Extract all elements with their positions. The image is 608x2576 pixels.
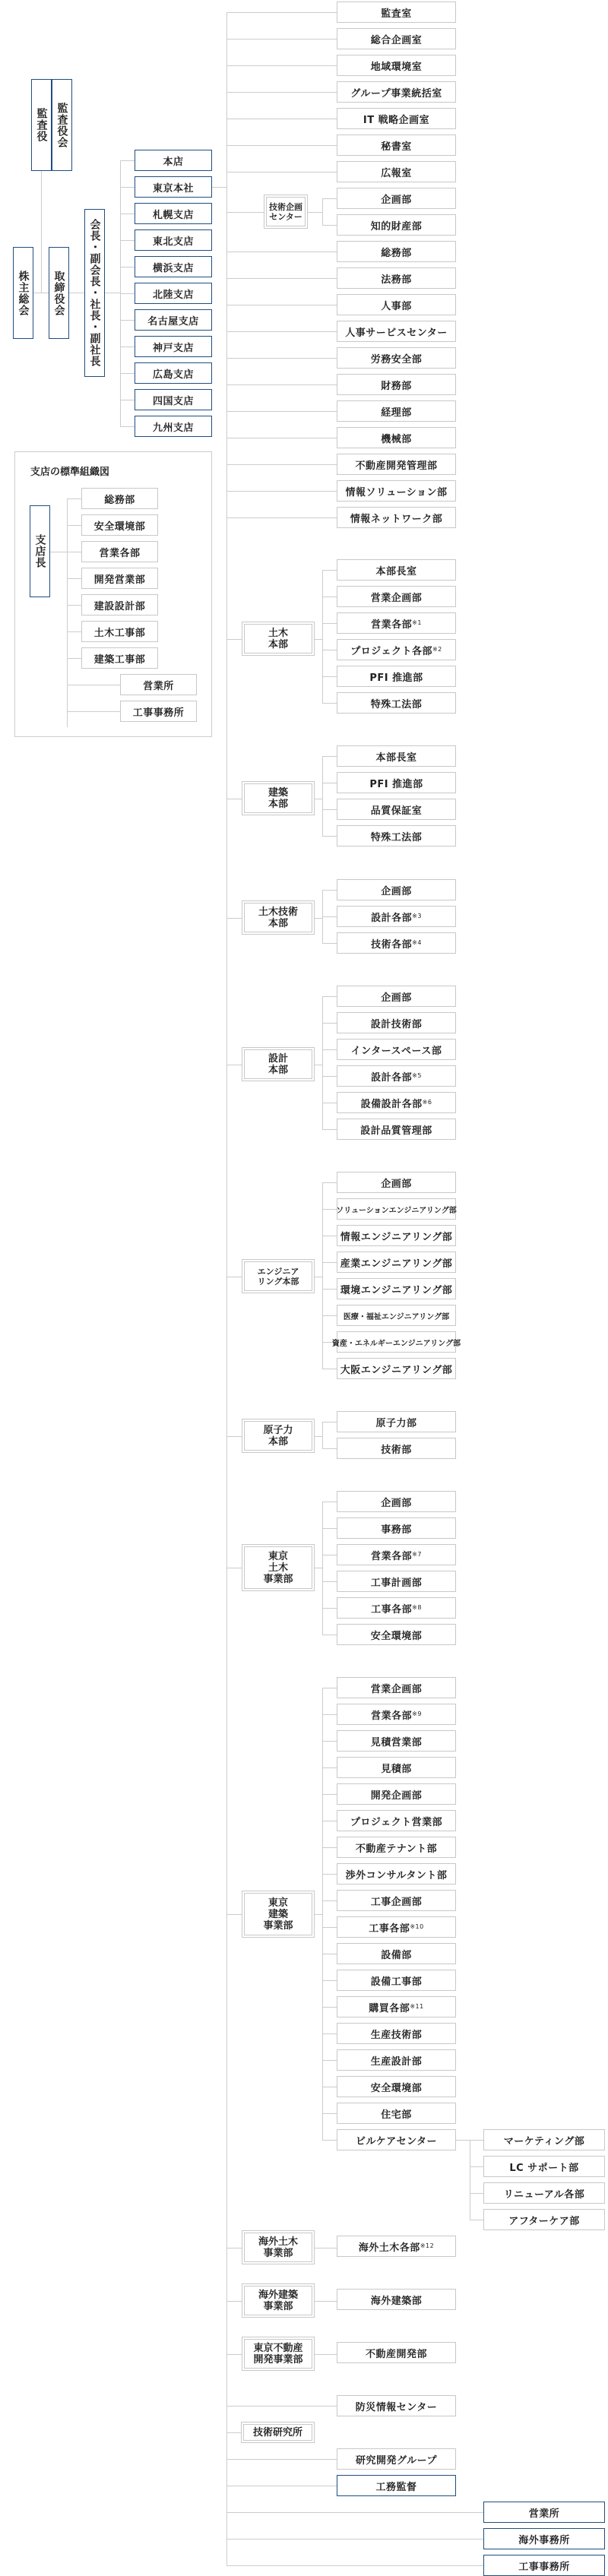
connector-line — [322, 890, 337, 891]
department-box: 設計品質管理部 — [337, 1119, 456, 1140]
construction-supervisor-box: 工務監督 — [337, 2475, 456, 2496]
connector-line — [322, 1954, 337, 1954]
org-unit-label: プロジェクト各部 — [350, 643, 432, 657]
connector-line — [322, 1794, 337, 1795]
department-box: 本部長室 — [337, 559, 456, 581]
disaster-info-center-box: 防災情報センター — [337, 2395, 456, 2416]
branch-office-box: 工事事務所 — [120, 701, 197, 722]
connector-line — [120, 214, 135, 214]
connector-line — [226, 2432, 241, 2433]
connector-line — [322, 1528, 337, 1529]
department-box: 営業企画部 — [337, 1677, 456, 1698]
connector-line — [67, 658, 81, 659]
connector-line — [67, 631, 81, 632]
department-box: 企画部 — [337, 879, 456, 900]
connector-line — [322, 1049, 337, 1050]
division-box: 東京 建築 事業部 — [242, 1891, 315, 1938]
connector-line — [315, 1277, 322, 1277]
connector-line — [322, 1874, 337, 1875]
department-box: 設備工事部 — [337, 1970, 456, 1991]
branch-box: 東京本社 — [135, 176, 212, 198]
hq-department-box: 労務安全部 — [337, 347, 456, 369]
org-unit-label: リニューアル各部 — [504, 2186, 585, 2201]
org-unit-label: 海外事務所 — [518, 2532, 570, 2546]
org-unit-label: アフターケア部 — [508, 2213, 580, 2227]
department-box: 見積部 — [337, 1757, 456, 1778]
division-box: 原子力 本部 — [242, 1419, 315, 1453]
org-unit-label: 産業エンジニアリング部 — [340, 1255, 452, 1270]
org-unit-label: 建設設計部 — [94, 598, 146, 612]
department-box: 渉外コンサルタント部 — [337, 1863, 456, 1885]
division-box: 東京不動産 開発事業部 — [242, 2337, 315, 2371]
connector-line — [322, 198, 337, 199]
hq-office-box: 総合企画室 — [337, 28, 456, 49]
org-unit-label: 不動産開発管理部 — [355, 457, 437, 472]
department-box: 工事各部※8 — [337, 1597, 456, 1619]
connector-line — [226, 1568, 242, 1568]
connector-line — [322, 756, 323, 837]
connector-line — [322, 1422, 323, 1449]
org-unit-label: 知的財産部 — [371, 218, 423, 233]
department-box: 資産・エネルギーエンジニアリング部 — [337, 1331, 456, 1353]
connector-line — [120, 426, 135, 427]
department-box: 企画部 — [337, 1172, 456, 1193]
connector-line — [322, 2007, 337, 2008]
connector-line — [226, 12, 337, 13]
department-box: 工事企画部 — [337, 1890, 456, 1911]
department-box: PFI 推進部 — [337, 666, 456, 687]
org-unit-label: 設計技術部 — [371, 1016, 423, 1030]
department-box: 特殊工法部 — [337, 825, 456, 847]
hq-department-box: 人事部 — [337, 294, 456, 315]
connector-line — [315, 1568, 322, 1568]
connector-line — [120, 320, 135, 321]
connector-line — [105, 293, 120, 293]
org-unit-label: 経理部 — [381, 404, 412, 419]
connector-line — [315, 799, 322, 799]
connector-line — [226, 438, 337, 438]
connector-line — [226, 464, 337, 465]
org-unit-label: 企画部 — [381, 1176, 412, 1190]
connector-line — [315, 2354, 337, 2355]
connector-line — [315, 2301, 337, 2302]
org-unit-label: 工事計画部 — [371, 1574, 423, 1589]
org-unit-label: 安全環境部 — [371, 2080, 423, 2094]
org-unit-label: 設備工事部 — [371, 1973, 423, 1988]
org-unit-label: 生産設計部 — [371, 2053, 423, 2068]
department-box: 設計各部※5 — [337, 1065, 456, 1087]
department-box: 海外土木各部※12 — [337, 2236, 456, 2257]
org-unit-label: 工事各部 — [371, 1601, 412, 1616]
department-box: ビルケアセンター — [337, 2129, 456, 2150]
org-unit-label: 渉外コンサルタント部 — [346, 1867, 448, 1881]
org-unit-label: 情報エンジニアリング部 — [340, 1229, 452, 1243]
connector-line — [226, 385, 337, 385]
connector-line — [120, 160, 135, 161]
connector-line — [33, 293, 49, 293]
connector-line — [322, 1581, 337, 1582]
org-unit-label: 原子力部 — [375, 1415, 416, 1429]
org-unit-label: PFI 推進部 — [369, 776, 423, 790]
org-unit-label: 工事事務所 — [518, 2559, 570, 2573]
department-box: 産業エンジニアリング部 — [337, 1252, 456, 1273]
org-unit-label: 建築工事部 — [94, 651, 146, 666]
connector-line — [322, 1980, 337, 1981]
connector-line — [226, 145, 337, 146]
connector-line — [322, 1900, 337, 1901]
org-unit-label: グループ事業統括室 — [350, 85, 442, 100]
department-box: 特殊工法部 — [337, 692, 456, 714]
connector-line — [470, 2166, 483, 2167]
connector-line — [226, 65, 337, 66]
department-box: 品質保証室 — [337, 799, 456, 820]
org-unit-label: 本部長室 — [375, 563, 416, 578]
connector-line — [322, 1502, 337, 1502]
connector-line — [120, 187, 135, 188]
tech-planning-center-box: 技術企画 センター — [264, 195, 308, 229]
org-unit-label: マーケティング部 — [504, 2133, 584, 2147]
department-box: 生産技術部 — [337, 2023, 456, 2044]
org-unit-label: 見積営業部 — [371, 1734, 423, 1748]
connector-line — [322, 1076, 337, 1077]
connector-line — [212, 187, 226, 188]
branch-department-box: 土木工事部 — [81, 621, 158, 642]
org-unit-label: 品質保証室 — [371, 802, 423, 817]
building-care-child-box: アフターケア部 — [483, 2209, 605, 2230]
connector-line — [322, 1182, 337, 1183]
connector-line — [226, 2248, 242, 2248]
connector-line — [322, 225, 337, 226]
org-unit-label: 人事部 — [381, 298, 412, 312]
org-unit-label: 営業各部 — [371, 616, 412, 631]
branch-box: 広島支店 — [135, 362, 212, 384]
connector-line — [120, 267, 135, 267]
org-unit-label: 東北支店 — [153, 233, 194, 248]
org-unit-label: 総務部 — [104, 492, 135, 506]
connector-line — [322, 1103, 337, 1103]
audit-board-box: 監査役会 — [52, 79, 72, 171]
connector-line — [226, 305, 337, 305]
building-care-child-box: LC サポート部 — [483, 2156, 605, 2177]
connector-line — [322, 809, 337, 810]
org-unit-label: 労務安全部 — [371, 351, 423, 366]
connector-line — [322, 943, 337, 944]
hq-office-box: 広報室 — [337, 161, 456, 182]
connector-line — [226, 278, 337, 279]
branch-office-box: 営業所 — [120, 674, 197, 695]
org-unit-label: 情報ネットワーク部 — [350, 511, 443, 525]
division-box: 土木技術 本部 — [242, 900, 315, 935]
department-box: 安全環境部 — [337, 1624, 456, 1645]
connector-line — [322, 1129, 337, 1130]
hq-office-box: IT 戦略企画室 — [337, 108, 456, 129]
org-unit-label: 東京本社 — [153, 180, 194, 195]
connector-line — [322, 2087, 337, 2087]
department-box: 設計各部※3 — [337, 906, 456, 927]
building-care-child-box: リニューアル各部 — [483, 2182, 605, 2204]
connector-line — [226, 1065, 242, 1065]
hq-office-box: 監査室 — [337, 2, 456, 23]
connector-line — [322, 1555, 337, 1555]
department-box: 環境エンジニアリング部 — [337, 1278, 456, 1299]
connector-line — [67, 578, 81, 579]
department-box: 技術部 — [337, 1438, 456, 1459]
connector-line — [41, 171, 42, 293]
department-box: 企画部 — [337, 986, 456, 1007]
org-unit-label: 防災情報センター — [356, 2399, 437, 2413]
org-unit-label: 不動産テナント部 — [356, 1840, 437, 1855]
department-box: 情報エンジニアリング部 — [337, 1225, 456, 1246]
org-unit-label: 財務部 — [381, 378, 412, 392]
connector-line — [315, 918, 322, 919]
branch-box: 四国支店 — [135, 389, 212, 410]
org-unit-label: 名古屋支店 — [147, 313, 199, 328]
department-box: 医療・福祉エンジニアリング部 — [337, 1305, 456, 1326]
branch-box: 名古屋支店 — [135, 309, 212, 331]
connector-line — [67, 711, 120, 712]
connector-line — [322, 1289, 337, 1290]
connector-line — [67, 499, 68, 727]
auditors-box: 監査役 — [31, 79, 52, 171]
connector-line — [226, 119, 337, 119]
org-unit-label: 研究開発グループ — [356, 2452, 437, 2467]
org-unit-label: 設備設計各部 — [361, 1096, 423, 1110]
connector-line — [470, 2140, 483, 2141]
rd-group-box: 研究開発グループ — [337, 2448, 456, 2470]
org-unit-label: 営業企画部 — [371, 590, 423, 604]
hq-department-box: 不動産開発管理部 — [337, 454, 456, 475]
hq-department-box: 経理部 — [337, 400, 456, 422]
connector-line — [226, 13, 227, 2565]
connector-line — [322, 1448, 337, 1449]
org-unit-label: 北陸支店 — [153, 286, 194, 301]
org-unit-label: 営業所 — [143, 678, 174, 692]
connector-line — [67, 552, 81, 552]
connector-line — [226, 411, 337, 412]
connector-line — [322, 1422, 337, 1422]
hq-department-box: 情報ネットワーク部 — [337, 507, 456, 528]
building-care-child-box: マーケティング部 — [483, 2129, 605, 2150]
department-box: プロジェクト各部※2 — [337, 639, 456, 660]
connector-line — [308, 212, 322, 213]
org-unit-label: 特殊工法部 — [371, 829, 423, 843]
department-box: ソリューションエンジニアリング部 — [337, 1198, 456, 1220]
branch-standard-title: 支店の標準組織図 — [30, 464, 109, 478]
connector-line — [226, 358, 337, 359]
branch-department-box: 総務部 — [81, 488, 158, 509]
hq-department-box: 総務部 — [337, 241, 456, 262]
department-box: 海外建築部 — [337, 2289, 456, 2310]
field-office-box: 海外事務所 — [483, 2528, 605, 2549]
connector-line — [322, 2060, 337, 2061]
department-box: 営業各部※9 — [337, 1704, 456, 1725]
org-unit-label: 安全環境部 — [94, 518, 146, 533]
department-box: 見積営業部 — [337, 1730, 456, 1752]
org-unit-label: 不動産開発部 — [366, 2346, 427, 2360]
org-unit-label: 地域環境室 — [371, 59, 423, 73]
department-box: 工事各部※10 — [337, 1916, 456, 1938]
org-unit-label: 機械部 — [381, 431, 412, 445]
connector-line — [226, 252, 337, 252]
connector-line — [226, 2406, 337, 2407]
connector-line — [226, 2539, 483, 2540]
connector-line — [322, 1767, 337, 1768]
division-box: 建築 本部 — [242, 781, 315, 815]
tech-planning-child-box: 知的財産部 — [337, 214, 456, 236]
org-unit-label: 開発営業部 — [94, 571, 146, 586]
department-box: 営業企画部 — [337, 586, 456, 607]
department-box: インタースペース部 — [337, 1039, 456, 1060]
connector-line — [226, 331, 337, 332]
connector-line — [322, 597, 337, 597]
org-unit-label: ソリューションエンジニアリング部 — [336, 1204, 456, 1215]
connector-line — [226, 491, 337, 492]
connector-line — [322, 1714, 337, 1715]
org-unit-label: 設備部 — [381, 1947, 412, 1961]
connector-line — [226, 1436, 242, 1437]
connector-line — [226, 2486, 337, 2486]
org-unit-label: ビルケアセンター — [356, 2133, 437, 2147]
branch-box: 神戸支店 — [135, 336, 212, 357]
connector-line — [322, 1821, 337, 1821]
org-unit-label: 工務監督 — [375, 2479, 416, 2493]
connector-line — [67, 525, 81, 526]
connector-line — [226, 799, 242, 799]
connector-line — [315, 1914, 322, 1915]
department-box: 開発企画部 — [337, 1783, 456, 1805]
division-box: 海外建築 事業部 — [242, 2283, 315, 2318]
connector-line — [322, 1688, 337, 1688]
org-unit-label: 工事各部 — [369, 1920, 410, 1935]
org-unit-label: 環境エンジニアリング部 — [340, 1282, 452, 1296]
department-box: 生産設計部 — [337, 2049, 456, 2071]
org-unit-label: 営業各部 — [371, 1707, 412, 1722]
hq-department-box: 財務部 — [337, 374, 456, 395]
hq-office-box: 地域環境室 — [337, 55, 456, 76]
org-unit-label: 土木工事部 — [94, 625, 146, 639]
department-box: 企画部 — [337, 1491, 456, 1512]
connector-line — [226, 639, 242, 640]
org-unit-label: 総合企画室 — [371, 32, 423, 46]
connector-line — [322, 1023, 337, 1024]
org-unit-label: 設計各部 — [371, 910, 412, 924]
department-box: 安全環境部 — [337, 2076, 456, 2097]
connector-line — [226, 92, 337, 93]
connector-line — [322, 198, 323, 226]
org-unit-label: プロジェクト営業部 — [350, 1814, 442, 1828]
org-unit-label: 企画部 — [381, 191, 412, 206]
connector-line — [67, 605, 81, 606]
org-unit-label: 工事事務所 — [133, 704, 185, 719]
connector-line — [322, 570, 337, 571]
org-unit-label: 安全環境部 — [371, 1628, 423, 1642]
connector-line — [69, 293, 84, 293]
branch-department-box: 建築工事部 — [81, 647, 158, 669]
org-unit-label: 法務部 — [381, 271, 412, 286]
connector-line — [322, 1262, 337, 1263]
org-unit-label: 人事サービスセンター — [345, 324, 447, 339]
connector-line — [322, 1688, 323, 2141]
department-box: 大阪エンジニアリング部 — [337, 1358, 456, 1379]
connector-line — [226, 172, 337, 172]
org-unit-label: 広島支店 — [153, 366, 194, 381]
connector-line — [226, 39, 337, 40]
org-unit-label: 四国支店 — [153, 393, 194, 407]
connector-line — [67, 498, 81, 499]
org-unit-label: LC サポート部 — [509, 2160, 578, 2174]
connector-line — [120, 240, 135, 241]
org-unit-label: 企画部 — [381, 883, 412, 897]
connector-line — [470, 2140, 470, 2220]
department-box: 設計技術部 — [337, 1012, 456, 1033]
connector-line — [322, 2033, 337, 2034]
connector-line — [226, 212, 264, 213]
org-unit-label: 営業各部 — [371, 1548, 412, 1562]
department-box: 設備設計各部※6 — [337, 1092, 456, 1113]
department-box: 事務部 — [337, 1517, 456, 1539]
field-office-box: 工事事務所 — [483, 2555, 605, 2576]
connector-line — [226, 1277, 242, 1277]
department-box: 不動産開発部 — [337, 2342, 456, 2363]
connector-line — [67, 685, 120, 685]
connector-line — [322, 1608, 337, 1609]
board-of-directors-box: 取締役会 — [49, 247, 69, 339]
branch-manager-box: 支店長 — [30, 505, 50, 597]
org-unit-label: IT 戦略企画室 — [363, 112, 429, 126]
connector-line — [226, 2565, 483, 2566]
connector-line — [322, 836, 337, 837]
division-box: 東京 土木 事業部 — [242, 1544, 315, 1591]
branch-department-box: 安全環境部 — [81, 514, 158, 536]
connector-line — [226, 2354, 242, 2355]
org-unit-label: 本部長室 — [375, 749, 416, 764]
department-box: プロジェクト営業部 — [337, 1810, 456, 1831]
department-box: 住宅部 — [337, 2103, 456, 2124]
branch-box: 九州支店 — [135, 416, 212, 437]
connector-line — [322, 650, 337, 650]
department-box: 原子力部 — [337, 1411, 456, 1432]
connector-line — [120, 347, 135, 347]
connector-line — [226, 918, 242, 919]
tech-planning-child-box: 企画部 — [337, 188, 456, 209]
connector-line — [322, 1369, 337, 1369]
hq-office-box: 秘書室 — [337, 134, 456, 156]
department-box: PFI 推進部 — [337, 772, 456, 793]
department-box: 技術各部※4 — [337, 932, 456, 954]
org-unit-label: 工事企画部 — [371, 1894, 423, 1908]
org-unit-label: 企画部 — [381, 989, 412, 1004]
org-unit-label: インタースペース部 — [351, 1043, 442, 1057]
org-unit-label: 神戸支店 — [153, 340, 194, 354]
division-box: 海外土木 事業部 — [242, 2230, 315, 2264]
connector-line — [322, 1741, 337, 1742]
branch-box: 横浜支店 — [135, 256, 212, 277]
hq-office-box: グループ事業統括室 — [337, 81, 456, 103]
connector-line — [322, 756, 337, 757]
hq-department-box: 人事サービスセンター — [337, 321, 456, 342]
org-unit-label: 広報室 — [381, 165, 412, 179]
connector-line — [322, 996, 337, 997]
connector-line — [322, 1635, 337, 1635]
org-unit-label: 大阪エンジニアリング部 — [340, 1362, 452, 1376]
org-unit-label: 情報ソリューション部 — [345, 484, 447, 498]
connector-line — [322, 1502, 323, 1635]
department-box: 購買各部※11 — [337, 1996, 456, 2017]
org-unit-label: 開発企画部 — [371, 1787, 423, 1802]
connector-line — [322, 676, 337, 677]
connector-line — [322, 2140, 337, 2141]
org-unit-label: 札幌支店 — [153, 207, 194, 221]
